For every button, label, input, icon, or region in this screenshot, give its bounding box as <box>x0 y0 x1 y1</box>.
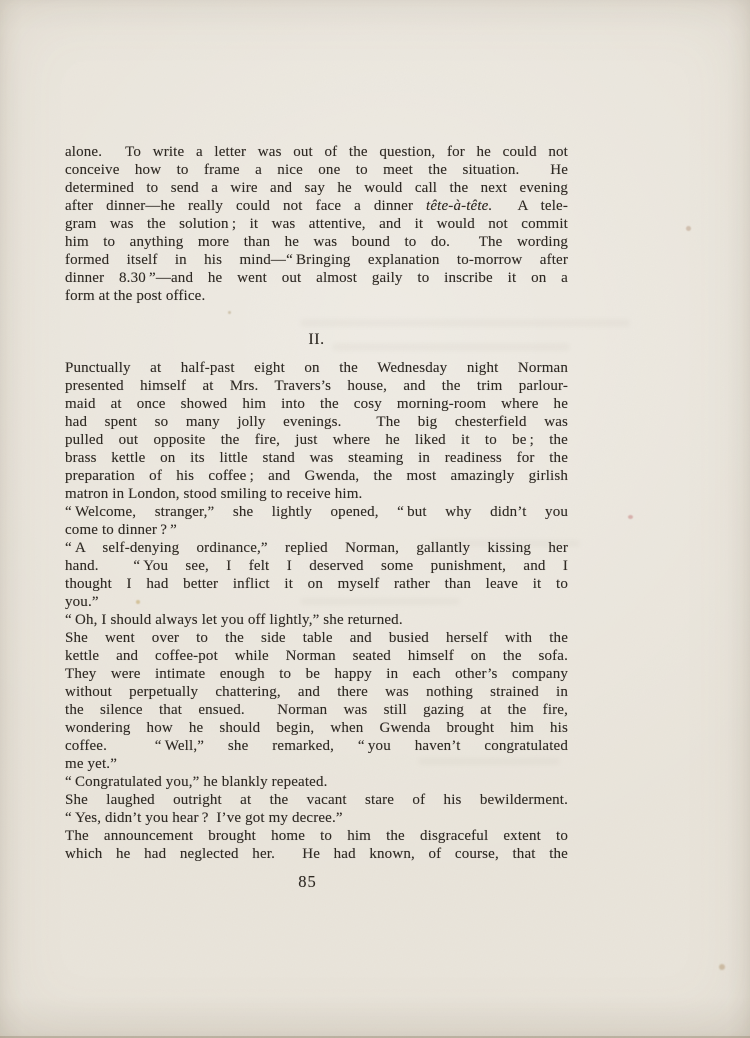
text-line: had spent so many jolly evenings. The bi… <box>65 413 568 431</box>
paragraph: “ Congratulated you,” he blankly repeate… <box>65 773 568 791</box>
text-line: hand. “ You see, I felt I deserved some … <box>65 557 568 575</box>
paragraph: She laughed outright at the vacant stare… <box>65 791 568 809</box>
text-line: thought I had better inflict it on mysel… <box>65 575 568 593</box>
text-line: They were intimate enough to be happy in… <box>65 665 568 683</box>
paragraph: The announcement brought home to him the… <box>65 827 568 863</box>
paragraph: “ Welcome, stranger,” she lightly opened… <box>65 503 568 539</box>
text-line: him to anything more than he was bound t… <box>65 233 568 251</box>
paper-speck <box>686 226 691 231</box>
text-line: She went over to the side table and busi… <box>65 629 568 647</box>
text-line: “ Welcome, stranger,” she lightly opened… <box>65 503 568 521</box>
text-line: you.” <box>65 593 568 611</box>
paper-speck <box>628 515 633 519</box>
text-line: dinner 8.30 ”—and he went out almost gai… <box>65 269 568 287</box>
text-line: which he had neglected her. He had known… <box>65 845 568 863</box>
text-line: come to dinner ? ” <box>65 521 568 539</box>
text-line: gram was the solution ; it was attentive… <box>65 215 568 233</box>
text-line: “ Congratulated you,” he blankly repeate… <box>65 773 568 791</box>
text-line: pulled out opposite the fire, just where… <box>65 431 568 449</box>
paragraph: “ Yes, didn’t you hear ? I’ve got my dec… <box>65 809 568 827</box>
paragraph: Punctually at half-past eight on the Wed… <box>65 359 568 503</box>
text-line: She laughed outright at the vacant stare… <box>65 791 568 809</box>
text-line: “ Yes, didn’t you hear ? I’ve got my dec… <box>65 809 568 827</box>
paragraph: “ A self-denying ordinance,” replied Nor… <box>65 539 568 611</box>
text-block: alone. To write a letter was out of the … <box>65 143 568 863</box>
text-line: after dinner—he really could not face a … <box>65 197 568 215</box>
text-line: formed itself in his mind—“ Bringing exp… <box>65 251 568 269</box>
text-line: The announcement brought home to him the… <box>65 827 568 845</box>
text-line: brass kettle on its little stand was ste… <box>65 449 568 467</box>
text-line: maid at once showed him into the cosy mo… <box>65 395 568 413</box>
text-line: alone. To write a letter was out of the … <box>65 143 568 161</box>
text-line: conceive how to frame a nice one to meet… <box>65 161 568 179</box>
text-line: “ Oh, I should always let you off lightl… <box>65 611 568 629</box>
text-line: preparation of his coffee ; and Gwenda, … <box>65 467 568 485</box>
paragraph: She went over to the side table and busi… <box>65 629 568 773</box>
text-line: presented himself at Mrs. Travers’s hous… <box>65 377 568 395</box>
text-line: kettle and coffee-pot while Norman seate… <box>65 647 568 665</box>
paragraph: alone. To write a letter was out of the … <box>65 143 568 305</box>
text-line: coffee. “ Well,” she remarked, “ you hav… <box>65 737 568 755</box>
page-number: 85 <box>56 872 559 892</box>
text-line: the silence that ensued. Norman was stil… <box>65 701 568 719</box>
text-line: “ A self-denying ordinance,” replied Nor… <box>65 539 568 557</box>
paper-speck <box>719 964 725 970</box>
text-line: without perpetually chattering, and ther… <box>65 683 568 701</box>
section-heading: II. <box>65 331 568 349</box>
text-line: Punctually at half-past eight on the Wed… <box>65 359 568 377</box>
text-line: wondering how he should begin, when Gwen… <box>65 719 568 737</box>
text-line: form at the post office. <box>65 287 568 305</box>
paragraph: “ Oh, I should always let you off lightl… <box>65 611 568 629</box>
text-line: me yet.” <box>65 755 568 773</box>
scanned-book-page: alone. To write a letter was out of the … <box>0 0 750 1038</box>
text-line: matron in London, stood smiling to recei… <box>65 485 568 503</box>
text-line: determined to send a wire and say he wou… <box>65 179 568 197</box>
